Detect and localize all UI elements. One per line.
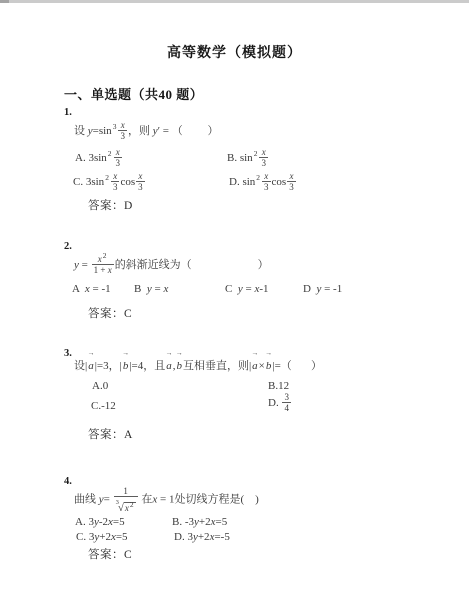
math-variable: x	[138, 171, 142, 181]
exam-page: 高等数学（模拟题） 一、单选题（共40 题） 1. 设 y=sin3x3，则 y…	[0, 0, 469, 594]
math-variable: x	[163, 283, 168, 295]
math-text: =	[152, 283, 164, 295]
math-text: 4	[284, 403, 289, 413]
math-text: +2	[198, 531, 210, 543]
math-text: = 1处切线方程是( )	[157, 494, 259, 506]
math-text: D. 3	[174, 531, 193, 543]
radicand: x2	[124, 502, 136, 514]
math-text: ，则	[128, 125, 153, 137]
math-text: = -1	[90, 283, 111, 295]
fraction-numerator: x	[136, 171, 145, 181]
question-2-option-a: A x = -1	[72, 283, 111, 296]
math-text: =5	[116, 531, 128, 543]
math-superscript: 2	[105, 173, 109, 182]
math-text: A. 3	[75, 516, 94, 528]
fraction-denominator: 3	[114, 157, 123, 169]
math-fraction: x3	[114, 147, 123, 169]
question-3-number: 3.	[64, 348, 72, 359]
math-text: =-5	[214, 531, 229, 543]
question-3-answer: 答案：A	[88, 429, 133, 442]
math-text: -1	[259, 283, 268, 295]
math-text: 设|	[74, 360, 87, 372]
question-4-stem: 曲线 y= 13√x2 在x = 1处切线方程是( )	[74, 486, 259, 514]
fraction-numerator: x	[262, 171, 271, 181]
math-fraction: x3	[111, 171, 120, 193]
math-text: |=4，且	[129, 360, 165, 372]
question-1-option-d: D. sin2x3cosx3	[229, 171, 297, 193]
math-text: = -1	[321, 283, 342, 295]
question-2-option-d: D y = -1	[303, 283, 342, 296]
question-4-option-a: A. 3y-2x=5	[75, 516, 125, 529]
vector-letter: b	[266, 360, 272, 372]
question-1-stem: 设 y=sin3x3，则 y′ = （ ）	[74, 120, 218, 142]
math-text: B.12	[268, 380, 289, 392]
question-3-option-d: D. 34	[268, 392, 292, 414]
math-vector: →a	[165, 356, 173, 376]
question-2-option-b: B y = x	[134, 283, 168, 296]
question-4-option-c: C. 3y+2x=5	[76, 531, 128, 544]
vector-letter: a	[88, 360, 94, 372]
math-text: -2	[99, 516, 108, 528]
math-fraction: x3	[259, 147, 268, 169]
fraction-numerator: x	[259, 147, 268, 157]
question-3-stem: 设|→a|=3，|→b|=4，且→a,→b互相垂直，则|→a×→b|=（ ）	[74, 356, 322, 376]
question-4-answer: 答案：C	[88, 549, 132, 562]
math-text: 3	[264, 182, 269, 192]
fraction-denominator: 4	[282, 402, 291, 414]
math-superscript: 2	[108, 149, 112, 158]
math-text: 3	[289, 182, 294, 192]
question-1-answer: 答案：D	[88, 200, 133, 213]
question-2-option-c: C y = x-1	[225, 283, 269, 296]
math-variable: x	[262, 147, 266, 157]
fraction-denominator: 3	[136, 181, 145, 193]
question-4-option-d: D. 3y+2x=-5	[174, 531, 230, 544]
math-vector: →a	[87, 356, 95, 376]
math-fraction: 34	[282, 392, 291, 414]
math-vector: →a	[251, 356, 259, 376]
math-text: 3	[284, 392, 289, 402]
math-text: 的斜渐近线为（ ）	[115, 259, 269, 271]
vector-arrow-icon: →	[251, 350, 259, 356]
fraction-numerator: x	[118, 120, 127, 130]
math-text: |=3，|	[95, 360, 122, 372]
math-variable: x	[289, 171, 293, 181]
math-vector: →b	[122, 356, 130, 376]
question-3-option-a: A.0	[92, 380, 108, 393]
question-4-number: 4.	[64, 476, 72, 487]
vector-letter: b	[176, 360, 182, 372]
math-fraction: x3	[262, 171, 271, 193]
math-text: A. 3sin	[75, 152, 107, 164]
fraction-denominator: 1 + x	[92, 264, 114, 276]
fraction-numerator: x2	[92, 254, 114, 264]
top-edge-corner	[0, 0, 9, 3]
math-text: |=（ ）	[272, 360, 322, 372]
fraction-numerator: x	[287, 171, 296, 181]
math-fraction: 13√x2	[114, 486, 138, 514]
math-superscript: 2	[103, 251, 107, 260]
math-text: =5	[113, 516, 125, 528]
vector-arrow-icon: →	[265, 350, 273, 356]
math-text: 3	[116, 158, 121, 168]
math-superscript: 3	[113, 122, 117, 131]
question-4-option-b: B. -3y+2x=5	[172, 516, 227, 529]
vector-arrow-icon: →	[122, 350, 130, 356]
question-2-answer: 答案：C	[88, 308, 132, 321]
math-text: B. sin	[227, 152, 253, 164]
math-variable: x	[113, 171, 117, 181]
fraction-numerator: x	[111, 171, 120, 181]
fraction-denominator: 3	[111, 181, 120, 193]
fraction-denominator: 3√x2	[114, 496, 138, 514]
question-1-option-c: C. 3sin2x3cosx3	[73, 171, 146, 193]
math-variable: x	[108, 265, 112, 275]
math-text: =sin	[93, 125, 112, 137]
math-variable: x	[116, 147, 120, 157]
question-1-option-a: A. 3sin2x3	[75, 147, 123, 169]
math-text: D.	[268, 397, 281, 409]
math-text: B	[134, 283, 147, 295]
math-text: cos	[120, 176, 135, 188]
math-vector: →b	[265, 356, 273, 376]
math-text: D. sin	[229, 176, 255, 188]
math-text: 设	[74, 125, 88, 137]
math-text: C. 3sin	[73, 176, 104, 188]
fraction-denominator: 3	[262, 181, 271, 193]
math-text: 3	[120, 131, 125, 141]
vector-arrow-icon: →	[165, 350, 173, 356]
math-text: 互相垂直，则|	[183, 360, 251, 372]
math-text: =	[104, 494, 113, 506]
question-1-number: 1.	[64, 107, 72, 118]
question-2-stem: y = x21 + x的斜渐近线为（ ）	[74, 252, 269, 278]
question-2-number: 2.	[64, 241, 72, 252]
vector-arrow-icon: →	[175, 350, 183, 356]
math-fraction: x3	[118, 120, 127, 142]
math-text: 3	[261, 158, 266, 168]
math-superscript: 2	[256, 173, 260, 182]
math-text: C.-12	[91, 400, 116, 412]
math-text: 在	[139, 494, 153, 506]
fraction-denominator: 3	[118, 130, 127, 142]
math-text: =5	[216, 516, 228, 528]
page-title: 高等数学（模拟题）	[0, 42, 469, 62]
math-text: 3	[113, 182, 118, 192]
math-superscript: 2	[130, 500, 134, 509]
math-variable: x	[98, 254, 102, 264]
math-fraction: x3	[287, 171, 296, 193]
math-text: D	[303, 283, 316, 295]
vector-letter: b	[123, 360, 129, 372]
math-fraction: x3	[136, 171, 145, 193]
math-vector: →b	[175, 356, 183, 376]
math-text: 曲线	[74, 494, 99, 506]
fraction-denominator: 3	[259, 157, 268, 169]
question-3-option-c: C.-12	[91, 400, 116, 413]
math-text: cos	[272, 176, 287, 188]
math-text: =	[79, 259, 91, 271]
math-text: C. 3	[76, 531, 94, 543]
fraction-numerator: 3	[282, 392, 291, 402]
vector-letter: a	[252, 360, 258, 372]
math-text: +2	[99, 531, 111, 543]
fraction-denominator: 3	[287, 181, 296, 193]
math-text: 1 +	[94, 265, 108, 275]
math-text: B. -3	[172, 516, 194, 528]
math-variable: x	[121, 120, 125, 130]
math-variable: x	[125, 503, 129, 513]
math-text: 3	[138, 182, 143, 192]
math-superscript: 2	[254, 149, 258, 158]
vector-arrow-icon: →	[87, 350, 95, 356]
math-text: 1	[123, 486, 128, 496]
math-root: 3√x2	[116, 497, 136, 514]
math-text: A	[72, 283, 85, 295]
math-text: C	[225, 283, 238, 295]
math-variable: x	[264, 171, 268, 181]
math-fraction: x21 + x	[92, 254, 114, 276]
question-1-option-b: B. sin2x3	[227, 147, 269, 169]
section-heading: 一、单选题（共40 题）	[64, 84, 203, 103]
math-text: =	[243, 283, 255, 295]
vector-letter: a	[166, 360, 172, 372]
math-text: ′ = （ ）	[158, 125, 219, 137]
fraction-numerator: x	[114, 147, 123, 157]
math-text: +2	[199, 516, 211, 528]
top-edge-bar	[0, 0, 469, 3]
fraction-numerator: 1	[114, 486, 138, 496]
math-text: A.0	[92, 380, 108, 392]
